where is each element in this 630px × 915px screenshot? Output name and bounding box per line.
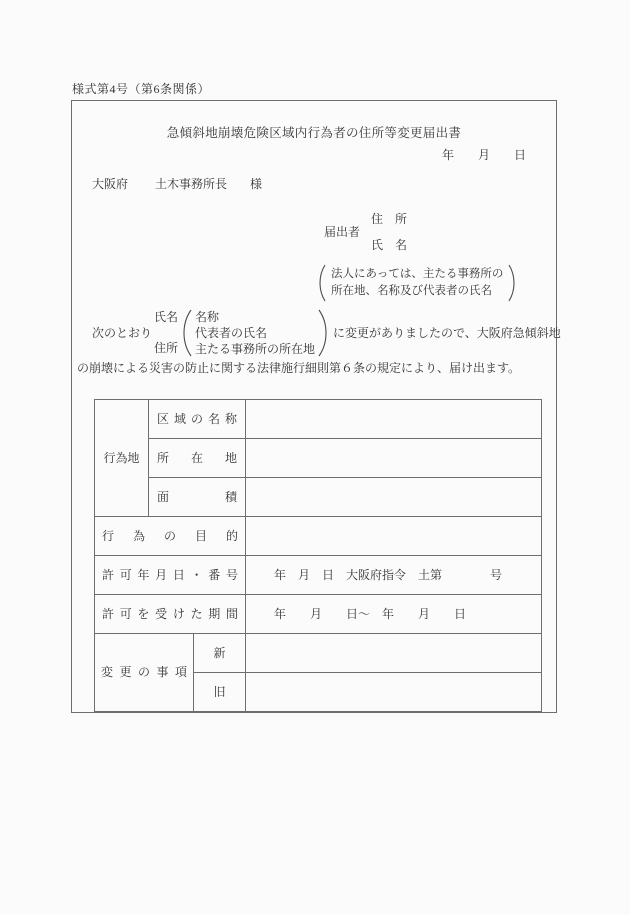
table-row: 許可年月日・番号 年 月 日 大阪府指令 土第 号 [95, 556, 542, 595]
area-name-value-cell [246, 400, 542, 439]
change-old-value-cell [246, 673, 542, 712]
body-brace-line1: 名称 [195, 310, 219, 324]
right-paren-icon [318, 309, 328, 357]
permit-number-label-cell: 許可年月日・番号 [95, 556, 246, 595]
body-paragraph-line2: の崩壊による災害の防止に関する法律施行細則第６条の規定により、届け出ます。 [77, 361, 520, 376]
change-old-label-cell: 旧 [194, 673, 246, 712]
location-value-cell [246, 439, 542, 478]
table-row: 許可を受けた期間 年 月 日～ 年 月 日 [95, 595, 542, 634]
location-label-cell: 所在地 [149, 439, 246, 478]
change-new-value-cell [246, 634, 542, 673]
left-paren-icon [318, 264, 326, 302]
applicant-address-label: 住 所 [371, 212, 407, 226]
applicant-block: 届出者 住 所氏 名 [324, 206, 407, 258]
body-stack-name: 氏名 [154, 310, 178, 325]
area-name-label-cell: 区域の名称 [149, 400, 246, 439]
addressee-line: 大阪府 土木事務所長 様 [92, 177, 262, 192]
corporate-note: 法人にあっては、主たる事務所の 所在地、名称及び代表者の氏名 [318, 264, 516, 302]
body-lead: 次のとおり [92, 326, 152, 341]
change-new-label-cell: 新 [194, 634, 246, 673]
body-paragraph-line1: 次のとおり 氏名 住所 名称 代表者の氏名 主たる事務所の所在地 に変更がありま… [92, 307, 561, 359]
table-row: 変更の事項 新 [95, 634, 542, 673]
table-row: 所在地 [95, 439, 542, 478]
document-page: 様式第4号（第6条関係） 急傾斜地崩壊危険区域内行為者の住所等変更届出書 年 月… [0, 0, 630, 915]
corporate-note-line1: 法人にあっては、主たる事務所の [331, 268, 503, 280]
body-brace-line2: 代表者の氏名 [195, 326, 267, 340]
addressee-office: 土木事務所長 [155, 177, 227, 191]
body-brace-line3: 主たる事務所の所在地 [195, 342, 315, 356]
form-title: 急傾斜地崩壊危険区域内行為者の住所等変更届出書 [72, 126, 556, 142]
site-group-label-cell: 行為地 [95, 400, 149, 517]
table-row: 行為地 区域の名称 [95, 400, 542, 439]
purpose-label-cell: 行為の目的 [95, 517, 246, 556]
permit-period-label-cell: 許可を受けた期間 [95, 595, 246, 634]
permit-number-value-cell: 年 月 日 大阪府指令 土第 号 [246, 556, 542, 595]
purpose-value-cell [246, 517, 542, 556]
area-size-value-cell [246, 478, 542, 517]
body-stack-address: 住所 [154, 341, 178, 356]
permit-period-value-cell: 年 月 日～ 年 月 日 [246, 595, 542, 634]
addressee-honorific: 様 [250, 177, 262, 191]
date-line: 年 月 日 [442, 148, 526, 163]
body-after-brace: に変更がありましたので、大阪府急傾斜地 [333, 326, 561, 341]
corporate-note-line2: 所在地、名称及び代表者の氏名 [331, 285, 492, 297]
corporate-note-text: 法人にあっては、主たる事務所の 所在地、名称及び代表者の氏名 [331, 266, 503, 300]
addressee-prefecture: 大阪府 [92, 177, 128, 191]
applicant-name-label: 氏 名 [371, 238, 407, 252]
applicant-label: 届出者 [324, 225, 360, 240]
table-row: 行為の目的 [95, 517, 542, 556]
body-stack-labels: 氏名 住所 [154, 310, 178, 356]
left-paren-icon [182, 309, 192, 357]
body-brace-lines: 名称 代表者の氏名 主たる事務所の所在地 [195, 309, 315, 357]
change-items-label-cell: 変更の事項 [95, 634, 194, 712]
form-sheet: 急傾斜地崩壊危険区域内行為者の住所等変更届出書 年 月 日 大阪府 土木事務所長… [71, 100, 557, 713]
form-table: 行為地 区域の名称 所在地 面積 行為の目的 許可年月日・番号 年 月 日 大阪… [94, 399, 542, 712]
area-size-label-cell: 面積 [149, 478, 246, 517]
form-number-label: 様式第4号（第6条関係） [72, 82, 210, 97]
table-row: 面積 [95, 478, 542, 517]
right-paren-icon [508, 264, 516, 302]
applicant-fields: 住 所氏 名 [371, 206, 407, 258]
